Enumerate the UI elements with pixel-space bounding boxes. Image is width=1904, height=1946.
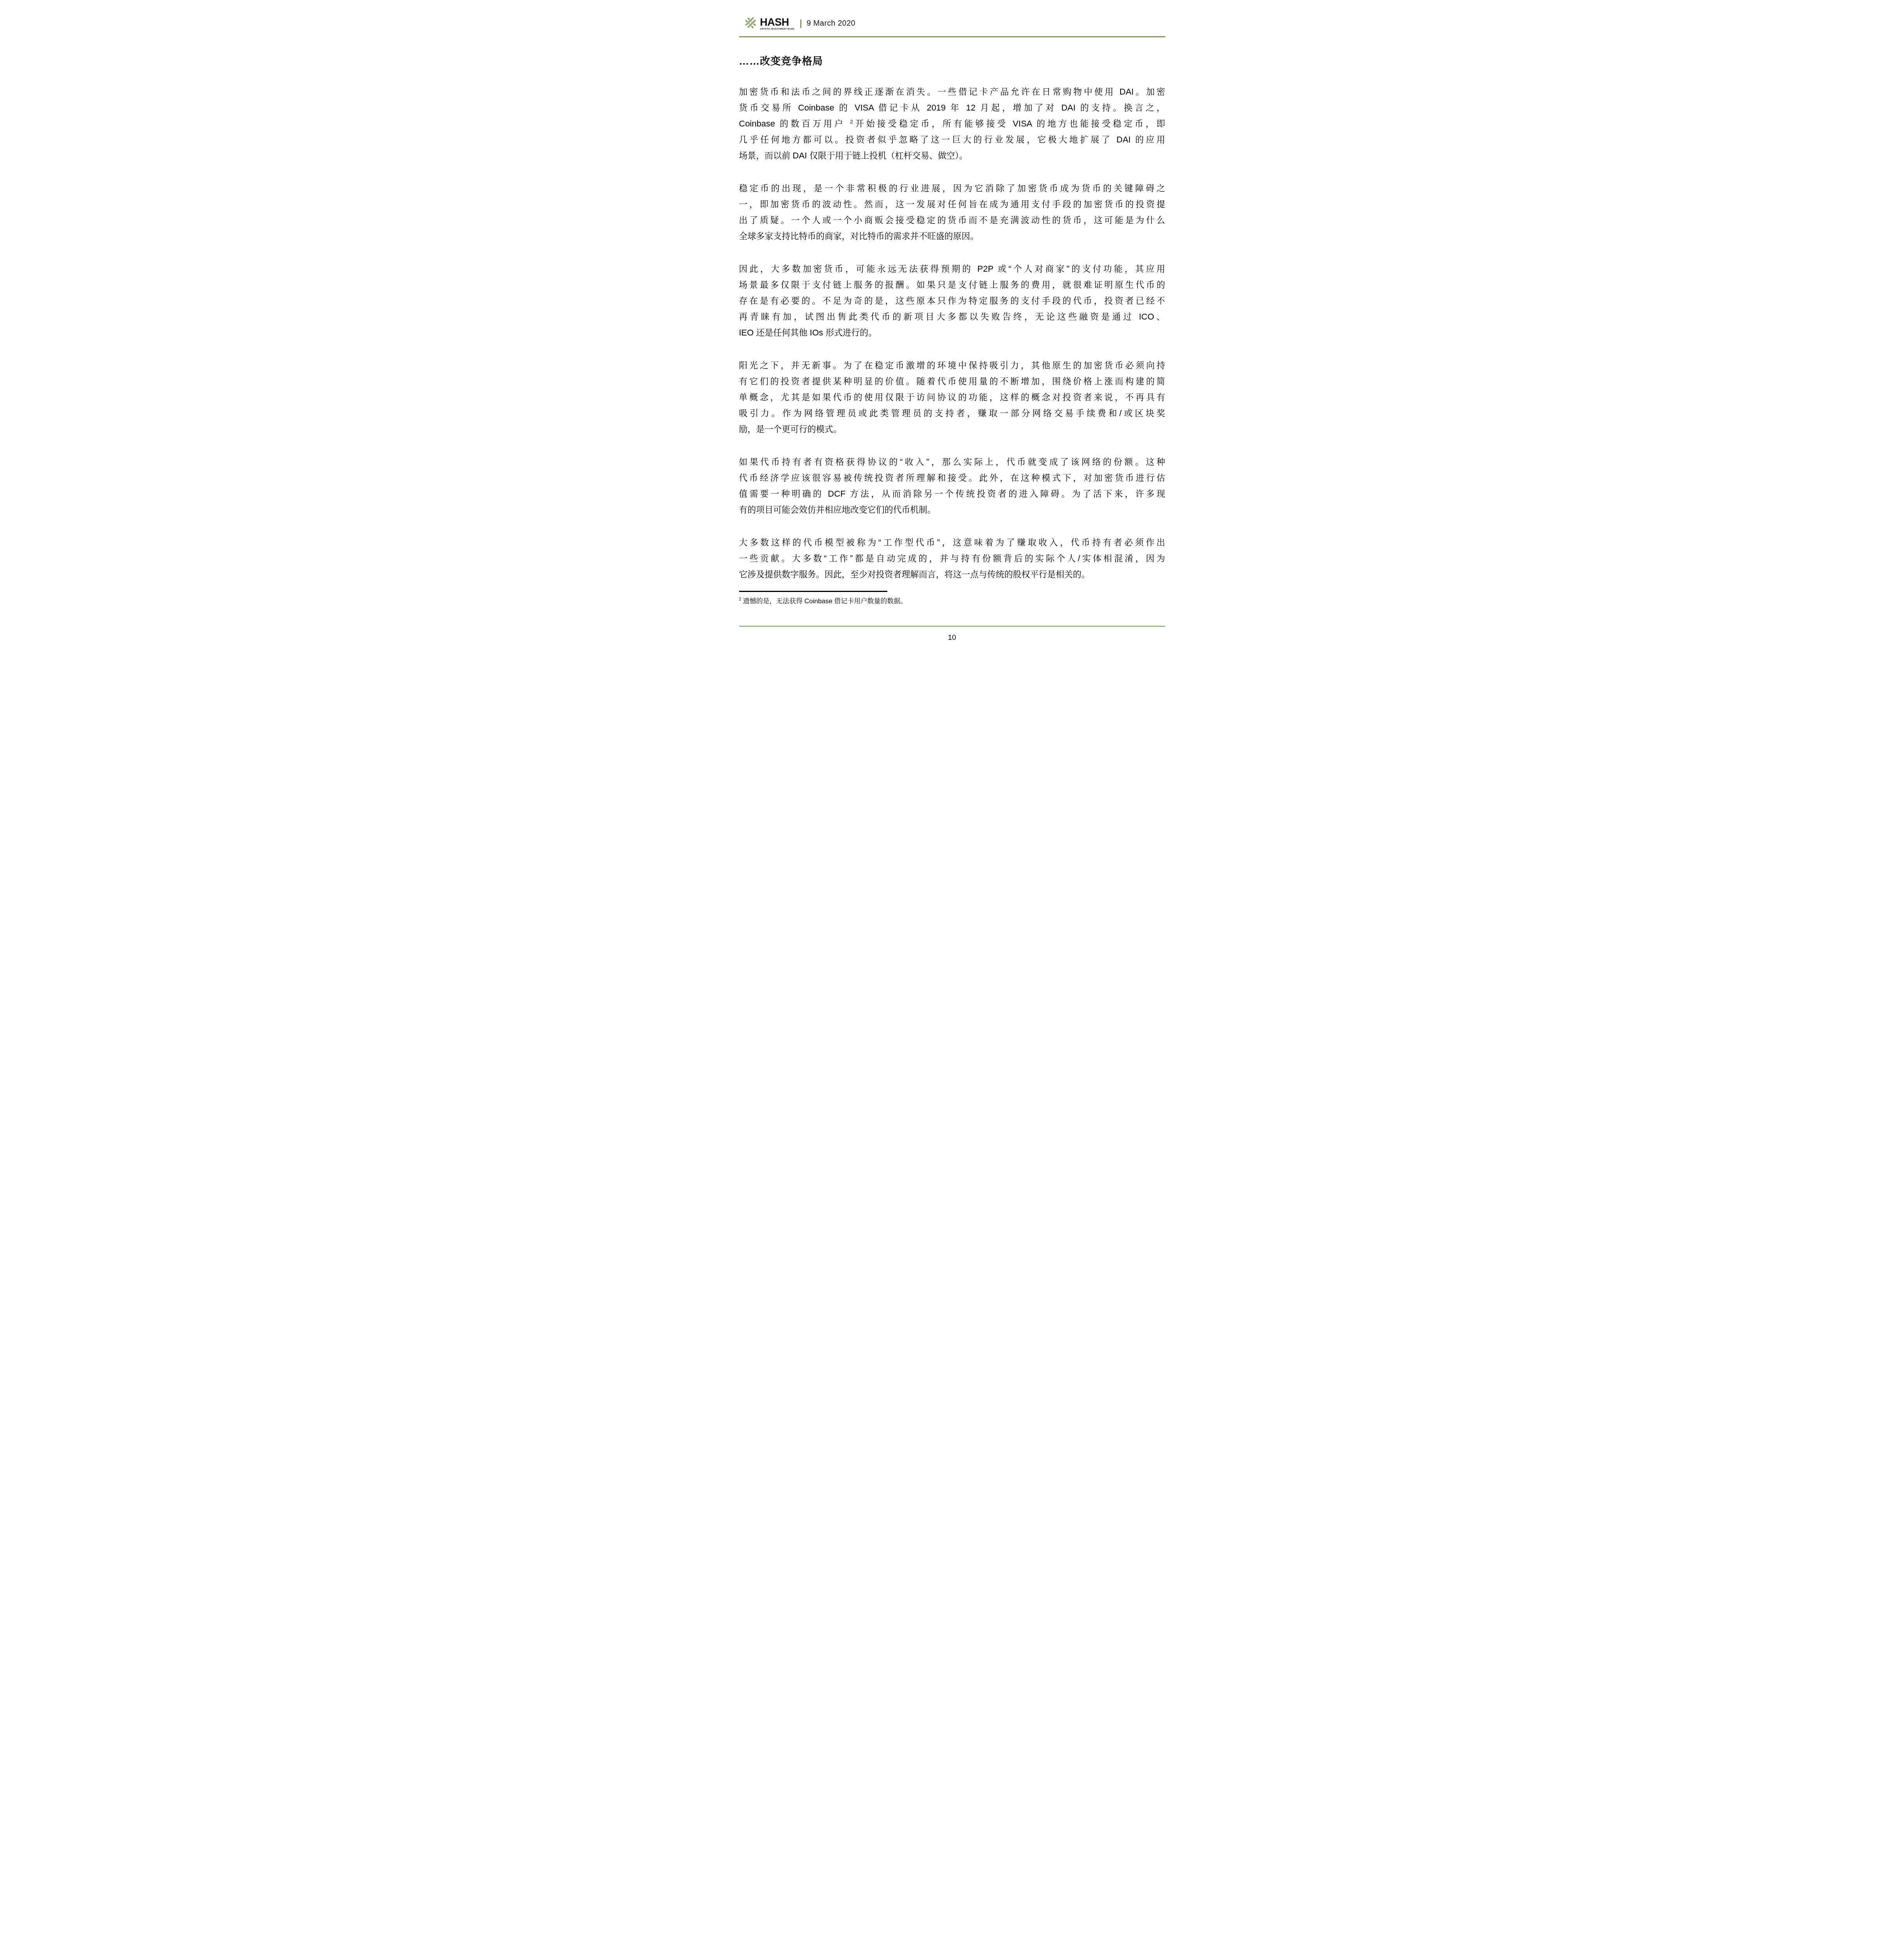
text-run: 稳定币的出现，是一个非常积极的行业进展，因为它消除了加密货币成为货币的关键障碍之: [739, 183, 1165, 193]
text-run: 再青睐有加，试图出售此类代币的新项目大多都以失败告终，无论这些融资是通过 ICO…: [739, 312, 1165, 321]
paragraph-line: IEO 还是任何其他 IOs 形式进行的。: [739, 325, 1165, 341]
paragraph-line: 单概念，尤其是如果代币的使用仅限于访问协议的功能，这样的概念对投资者来说，不再具…: [739, 389, 1165, 405]
text-run: 值需要一种明确的 DCF 方法，从而消除另一个传统投资者的进入障碍。为了活下来，…: [739, 489, 1165, 499]
text-run: 单概念，尤其是如果代币的使用仅限于访问协议的功能，这样的概念对投资者来说，不再具…: [739, 392, 1165, 402]
paragraph-line: Coinbase 的数百万用户 2开始接受稳定币，所有能够接受 VISA 的地方…: [739, 116, 1165, 132]
paragraph-line: 场景，而以前 DAI 仅限于用于链上投机（杠杆交易、做空）。: [739, 148, 1165, 163]
logo-block: HASH CRYPTO INVESTMENT BANK: [760, 17, 795, 31]
text-run: Coinbase 的数百万用户: [739, 119, 850, 128]
text-run: 出了质疑。一个人或一个小商贩会接受稳定的货币而不是充满波动性的货币，这可能是为什…: [739, 215, 1165, 225]
report-date: 9 March 2020: [807, 19, 855, 28]
text-run: 代币经济学应该很容易被传统投资者所理解和接受。此外，在这种模式下，对加密货币进行…: [739, 473, 1165, 483]
hash-weave-logo-icon: [745, 17, 757, 28]
text-run: 开始接受稳定币，所有能够接受 VISA 的地方也能接受稳定币，即: [853, 119, 1165, 128]
text-run: 大多数这样的代币模型被称为“工作型代币”，这意味着为了赚取收入，代币持有者必须作…: [739, 537, 1165, 547]
logo-tagline: CRYPTO INVESTMENT BANK: [760, 28, 795, 31]
body-paragraph: 稳定币的出现，是一个非常积极的行业进展，因为它消除了加密货币成为货币的关键障碍之…: [739, 180, 1165, 244]
paragraph-line: 励，是一个更可行的模式。: [739, 421, 1165, 437]
report-page: HASH CRYPTO INVESTMENT BANK 9 March 2020…: [714, 0, 1190, 656]
text-run: 场景最多仅限于支付链上服务的报酬。如果只是支付链上服务的费用，就很难证明原生代币…: [739, 280, 1165, 290]
page-number: 10: [714, 633, 1190, 643]
paragraph-line: 出了质疑。一个人或一个小商贩会接受稳定的货币而不是充满波动性的货币，这可能是为什…: [739, 212, 1165, 228]
body-paragraph: 加密货币和法币之间的界线正逐渐在消失。一些借记卡产品允许在日常购物中使用 DAI…: [739, 84, 1165, 163]
body-paragraph: 因此，大多数加密货币，可能永远无法获得预期的 P2P 或“个人对商家”的支付功能…: [739, 261, 1165, 341]
paragraph-line: 2 遗憾的是，无法获得 Coinbase 借记卡用户数量的数据。: [739, 596, 1165, 606]
page-header: HASH CRYPTO INVESTMENT BANK 9 March 2020: [739, 17, 1165, 31]
text-run: 存在是有必要的。不足为奇的是，这些原本只作为特定服务的支付手段的代币，投资者已经…: [739, 296, 1165, 306]
text-run: 有的项目可能会效仿并相应地改变它们的代币机制。: [739, 505, 936, 515]
paragraph-line: 如果代币持有者有资格获得协议的“收入”，那么实际上，代币就变成了该网络的份额。这…: [739, 454, 1165, 470]
text-run: IEO 还是任何其他 IOs 形式进行的。: [739, 328, 877, 337]
text-run: 加密货币和法币之间的界线正逐渐在消失。一些借记卡产品允许在日常购物中使用 DAI…: [739, 87, 1165, 97]
paragraph-line: 货币交易所 Coinbase 的 VISA 借记卡从 2019 年 12 月起，…: [739, 100, 1165, 116]
text-run: 遗憾的是，无法获得 Coinbase 借记卡用户数量的数据。: [741, 597, 907, 605]
text-run: 全球多家支持比特币的商家，对比特币的需求并不旺盛的原因。: [739, 231, 979, 241]
body-paragraph: 大多数这样的代币模型被称为“工作型代币”，这意味着为了赚取收入，代币持有者必须作…: [739, 534, 1165, 582]
header-divider: [800, 19, 801, 28]
body-paragraph: 阳光之下，并无新事。为了在稳定币激增的环境中保持吸引力，其他原生的加密货币必须向…: [739, 357, 1165, 437]
paragraph-line: 再青睐有加，试图出售此类代币的新项目大多都以失败告终，无论这些融资是通过 ICO…: [739, 309, 1165, 325]
paragraph-line: 有的项目可能会效仿并相应地改变它们的代币机制。: [739, 502, 1165, 518]
footnote-separator: [739, 591, 887, 592]
paragraph-line: 大多数这样的代币模型被称为“工作型代币”，这意味着为了赚取收入，代币持有者必须作…: [739, 534, 1165, 550]
text-run: 一，即加密货币的波动性。然而，这一发展对任何旨在成为通用支付手段的加密货币的投资…: [739, 199, 1165, 209]
paragraph-line: 它涉及提供数字服务。因此，至少对投资者理解而言，将这一点与传统的股权平行是相关的…: [739, 566, 1165, 582]
bottom-rule: [739, 626, 1165, 627]
paragraph-line: 有它们的投资者提供某种明显的价值。随着代币使用量的不断增加，围绕价格上涨而构建的…: [739, 373, 1165, 389]
paragraph-line: 几乎任何地方都可以。投资者似乎忽略了这一巨大的行业发展，它极大地扩展了 DAI …: [739, 132, 1165, 148]
text-run: 场景，而以前 DAI 仅限于用于链上投机（杠杆交易、做空）。: [739, 151, 968, 160]
paragraph-line: 全球多家支持比特币的商家，对比特币的需求并不旺盛的原因。: [739, 228, 1165, 244]
text-run: 几乎任何地方都可以。投资者似乎忽略了这一巨大的行业发展，它极大地扩展了 DAI …: [739, 135, 1165, 144]
article-body: 加密货币和法币之间的界线正逐渐在消失。一些借记卡产品允许在日常购物中使用 DAI…: [739, 84, 1165, 582]
body-paragraph: 如果代币持有者有资格获得协议的“收入”，那么实际上，代币就变成了该网络的份额。这…: [739, 454, 1165, 518]
text-run: 因此，大多数加密货币，可能永远无法获得预期的 P2P 或“个人对商家”的支付功能…: [739, 264, 1165, 274]
superscript-ref: 2: [850, 119, 853, 125]
section-heading: ……改变竞争格局: [739, 54, 1165, 68]
paragraph-line: 因此，大多数加密货币，可能永远无法获得预期的 P2P 或“个人对商家”的支付功能…: [739, 261, 1165, 277]
paragraph-line: 场景最多仅限于支付链上服务的报酬。如果只是支付链上服务的费用，就很难证明原生代币…: [739, 277, 1165, 293]
paragraph-line: 代币经济学应该很容易被传统投资者所理解和接受。此外，在这种模式下，对加密货币进行…: [739, 470, 1165, 486]
logo-wordmark: HASH: [760, 17, 795, 27]
paragraph-line: 稳定币的出现，是一个非常积极的行业进展，因为它消除了加密货币成为货币的关键障碍之: [739, 180, 1165, 196]
paragraph-line: 存在是有必要的。不足为奇的是，这些原本只作为特定服务的支付手段的代币，投资者已经…: [739, 293, 1165, 309]
text-run: 一些贡献。大多数“工作”都是自动完成的，并与持有份额背后的实际个人/实体相混淆，…: [739, 553, 1165, 563]
text-run: 货币交易所 Coinbase 的 VISA 借记卡从 2019 年 12 月起，…: [739, 103, 1165, 112]
paragraph-line: 吸引力。作为网络管理员或此类管理员的支持者，赚取一部分网络交易手续费和/或区块奖: [739, 405, 1165, 421]
article: ……改变竞争格局 加密货币和法币之间的界线正逐渐在消失。一些借记卡产品允许在日常…: [739, 54, 1165, 599]
paragraph-line: 一些贡献。大多数“工作”都是自动完成的，并与持有份额背后的实际个人/实体相混淆，…: [739, 550, 1165, 566]
text-run: 它涉及提供数字服务。因此，至少对投资者理解而言，将这一点与传统的股权平行是相关的…: [739, 569, 1090, 579]
text-run: 励，是一个更可行的模式。: [739, 424, 842, 434]
paragraph-line: 一，即加密货币的波动性。然而，这一发展对任何旨在成为通用支付手段的加密货币的投资…: [739, 196, 1165, 212]
text-run: 阳光之下，并无新事。为了在稳定币激增的环境中保持吸引力，其他原生的加密货币必须向…: [739, 360, 1165, 370]
text-run: 吸引力。作为网络管理员或此类管理员的支持者，赚取一部分网络交易手续费和/或区块奖: [739, 408, 1165, 418]
paragraph-line: 阳光之下，并无新事。为了在稳定币激增的环境中保持吸引力，其他原生的加密货币必须向…: [739, 357, 1165, 373]
footnote: 2 遗憾的是，无法获得 Coinbase 借记卡用户数量的数据。: [739, 596, 1165, 606]
paragraph-line: 值需要一种明确的 DCF 方法，从而消除另一个传统投资者的进入障碍。为了活下来，…: [739, 486, 1165, 502]
header-rule: [739, 36, 1165, 37]
text-run: 有它们的投资者提供某种明显的价值。随着代币使用量的不断增加，围绕价格上涨而构建的…: [739, 376, 1165, 386]
text-run: 如果代币持有者有资格获得协议的“收入”，那么实际上，代币就变成了该网络的份额。这…: [739, 457, 1165, 467]
paragraph-line: 加密货币和法币之间的界线正逐渐在消失。一些借记卡产品允许在日常购物中使用 DAI…: [739, 84, 1165, 100]
